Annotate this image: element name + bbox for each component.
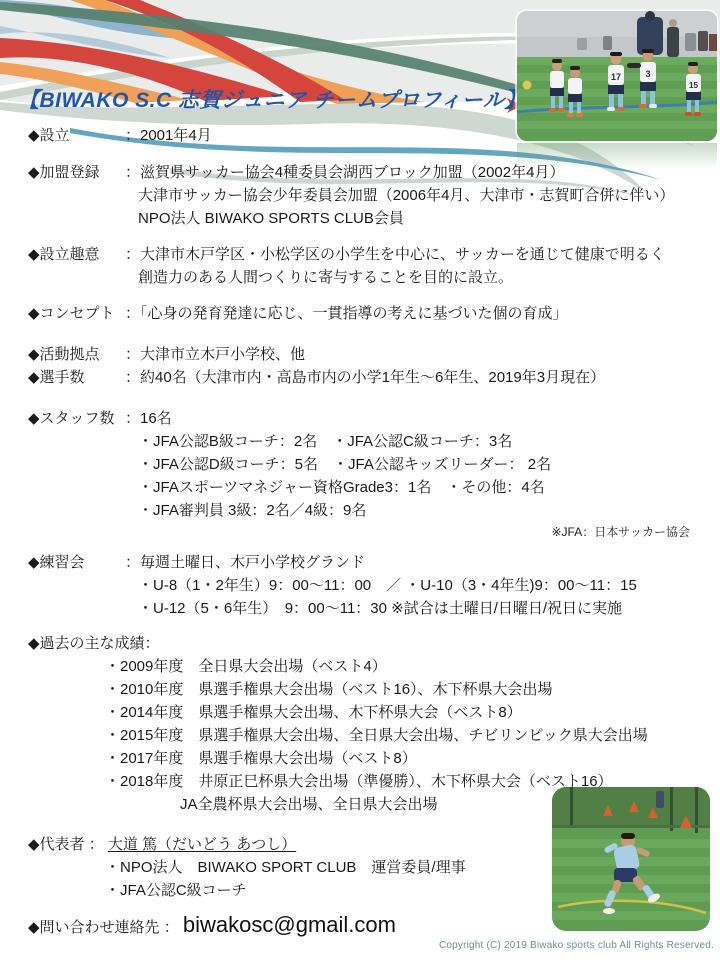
jersey-number: 15	[689, 81, 698, 90]
representative-section: ◆代表者 ： 大道 篤（だいどう あつし） ・NPO法人 BIWAKO SPOR…	[28, 833, 692, 902]
representative-name: 大道 篤（だいどう あつし）	[108, 836, 296, 853]
row-value: 創造力のある人間つくりに寄与することを目的に設立。	[125, 266, 692, 289]
result-item: ・2010年度 県選手権県大会出場（ベスト16）、木下杯県大会出場	[28, 678, 692, 701]
representative-colon: ：	[85, 836, 108, 853]
row-value: ：毎週土曜日、木戸小学校グランド	[125, 551, 692, 574]
profile-row-concept: ◆コンセプト ：「心身の発育発達に応じ、一貫指導の考えに基づいた個の育成」	[28, 302, 692, 325]
profile-row-staff: ◆スタッフ数 ：16名 ・JFA公認B級コーチ：2名 ・JFA公認C級コーチ：3…	[28, 407, 692, 522]
jersey-number: 17	[611, 72, 621, 82]
row-value: ・JFA審判員 3級：2名／4級：9名	[125, 499, 692, 522]
row-label: ◆加盟登録	[28, 161, 125, 230]
profile-row-purpose: ◆設立趣意 ：大津市木戸学区・小松学区の小学生を中心に、サッカーを通じて健康で明…	[28, 243, 692, 289]
result-item: ・2009年度 全日県大会出場（ベスト4）	[28, 655, 692, 678]
representative-label: ◆代表者	[28, 836, 85, 853]
team-celebration-illustration: 17 3 15	[517, 11, 717, 141]
team-celebration-photo: 17 3 15	[517, 11, 717, 141]
row-value: ：大津市立木戸小学校、他	[125, 343, 692, 366]
row-value: ：2001年4月	[125, 124, 692, 147]
row-value: 大津市サッカー協会少年委員会加盟（2006年4月、大津市・志賀町合併に伴い）	[125, 184, 692, 207]
row-label: ◆選手数	[28, 366, 125, 389]
row-label: ◆活動拠点	[28, 343, 125, 366]
jersey-number: 3	[645, 69, 650, 79]
row-value: ・JFAスポーツマネジャー資格Grade3：1名 ・その他：4名	[125, 476, 692, 499]
result-item: JA全農杯県大会出場、全日県大会出場	[28, 793, 692, 816]
row-value: ：16名	[125, 407, 692, 430]
row-value: ・U-8（1・2年生）9：00～11：00 ／ ・U-10（3・4年生)9：00…	[125, 574, 692, 597]
jfa-footnote: ※JFA：日本サッカー協会	[28, 524, 692, 540]
row-value: ：滋賀県サッカー協会4種委員会湖西ブロック加盟（2002年4月）	[125, 161, 692, 184]
contact-label: ◆問い合わせ連絡先	[28, 919, 160, 936]
row-value: ・U-12（5・6年生） 9：00～11：30 ※試合は土曜日/日曜日/祝日に実…	[125, 597, 692, 620]
profile-row-registration: ◆加盟登録 ：滋賀県サッカー協会4種委員会湖西ブロック加盟（2002年4月） 大…	[28, 161, 692, 230]
row-value: ：「心身の発育発達に応じ、一貫指導の考えに基づいた個の育成」	[125, 302, 692, 325]
row-label: ◆設立	[28, 124, 125, 147]
result-item: ・2017年度 県選手権県大会出場（ベスト8）	[28, 747, 692, 770]
representative-detail: ・NPO法人 BIWAKO SPORT CLUB 運営委員/理事	[28, 856, 692, 879]
row-value: ・JFA公認D級コーチ：5名 ・JFA公認キッズリーダー： 2名	[125, 453, 692, 476]
results-label: ◆過去の主な成績：	[28, 632, 692, 655]
page-title: 【BIWAKO S.C 志賀ジュニア チームプロフィール】	[18, 84, 526, 114]
representative-detail: ・JFA公認C級コーチ	[28, 879, 692, 902]
profile-content: ◆設立 ：2001年4月 ◆加盟登録 ：滋賀県サッカー協会4種委員会湖西ブロック…	[28, 124, 692, 943]
results-section: ◆過去の主な成績： ・2009年度 全日県大会出場（ベスト4） ・2010年度 …	[28, 632, 692, 816]
row-label: ◆スタッフ数	[28, 407, 125, 522]
row-label: ◆設立趣意	[28, 243, 125, 289]
row-value: ：大津市木戸学区・小松学区の小学生を中心に、サッカーを通じて健康で明るく	[125, 243, 692, 266]
profile-row-players: ◆選手数 ：約40名（大津市内・高島市内の小学1年生～6年生、2019年3月現在…	[28, 366, 692, 389]
profile-row-founded: ◆設立 ：2001年4月	[28, 124, 692, 147]
result-item: ・2015年度 県選手権県大会出場、全日県大会出場、チビリンピック県大会出場	[28, 724, 692, 747]
team-profile-slide: 【BIWAKO S.C 志賀ジュニア チームプロフィール】	[0, 0, 720, 960]
profile-row-practice: ◆練習会 ：毎週土曜日、木戸小学校グランド ・U-8（1・2年生）9：00～11…	[28, 551, 692, 620]
row-label: ◆練習会	[28, 551, 125, 620]
contact-email: biwakosc@gmail.com	[183, 912, 396, 937]
row-value: ：約40名（大津市内・高島市内の小学1年生～6年生、2019年3月現在）	[125, 366, 692, 389]
row-value: NPO法人 BIWAKO SPORTS CLUB会員	[125, 207, 692, 230]
copyright-notice: Copyright (C) 2019 Biwako sports club Al…	[439, 940, 714, 951]
contact-section: ◆問い合わせ連絡先 ： biwakosc@gmail.com	[28, 910, 692, 943]
result-item: ・2014年度 県選手権県大会出場、木下杯県大会（ベスト8）	[28, 701, 692, 724]
row-label: ◆コンセプト	[28, 302, 125, 325]
contact-colon: ：	[160, 919, 183, 936]
row-value: ・JFA公認B級コーチ：2名 ・JFA公認C級コーチ：3名	[125, 430, 692, 453]
result-item: ・2018年度 井原正巳杯県大会出場（準優勝）、木下杯県大会（ベスト16）	[28, 770, 692, 793]
profile-row-base: ◆活動拠点 ：大津市立木戸小学校、他	[28, 343, 692, 366]
